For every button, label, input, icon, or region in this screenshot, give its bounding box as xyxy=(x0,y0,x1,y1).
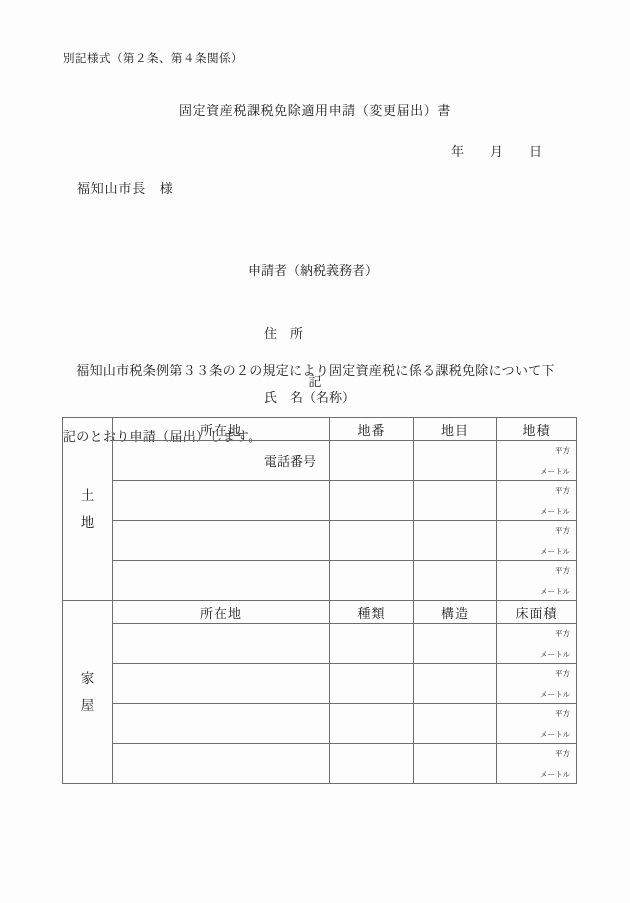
land-location-cell xyxy=(113,521,330,561)
building-data-row: 平方 メートル xyxy=(63,744,577,784)
land-location-cell xyxy=(113,441,330,481)
land-area-cell: 平方 メートル xyxy=(497,441,577,481)
building-data-row: 平方 メートル xyxy=(63,624,577,664)
land-category-cell xyxy=(414,441,497,481)
addressee-line: 福知山市長 様 xyxy=(77,178,174,197)
land-lot-number-cell xyxy=(330,441,414,481)
building-header-row: 家屋 所在地 種類 構造 床面積 xyxy=(63,601,577,624)
area-unit-bottom: メートル xyxy=(540,508,570,516)
building-section-label: 家屋 xyxy=(81,665,95,719)
land-section-label: 土地 xyxy=(81,482,95,536)
land-location-cell xyxy=(113,481,330,521)
area-unit-bottom: メートル xyxy=(540,651,570,659)
building-structure-cell xyxy=(414,624,497,664)
building-kind-cell xyxy=(330,664,414,704)
building-col-header-kind: 種類 xyxy=(330,601,414,624)
building-data-row: 平方 メートル xyxy=(63,704,577,744)
building-structure-cell xyxy=(414,744,497,784)
building-kind-cell xyxy=(330,624,414,664)
building-kind-cell xyxy=(330,744,414,784)
land-category-cell xyxy=(414,561,497,601)
document-title: 固定資産税課税免除適用申請（変更届出）書 xyxy=(0,100,630,119)
building-structure-cell xyxy=(414,704,497,744)
area-unit-top: 平方 xyxy=(555,710,570,718)
area-unit-top: 平方 xyxy=(555,447,570,455)
building-location-cell xyxy=(113,704,330,744)
area-unit-bottom: メートル xyxy=(540,588,570,596)
land-data-row: 平方 メートル xyxy=(63,521,577,561)
building-kind-cell xyxy=(330,704,414,744)
land-area-cell: 平方 メートル xyxy=(497,481,577,521)
land-data-row: 平方 メートル xyxy=(63,441,577,481)
form-page: 別記様式（第２条、第４条関係） 固定資産税課税免除適用申請（変更届出）書 年 月… xyxy=(0,0,630,903)
land-area-cell: 平方 メートル xyxy=(497,561,577,601)
area-unit-top: 平方 xyxy=(555,527,570,535)
building-location-cell xyxy=(113,664,330,704)
area-unit-bottom: メートル xyxy=(540,771,570,779)
record-heading: 記 xyxy=(0,371,630,390)
area-unit-bottom: メートル xyxy=(540,731,570,739)
building-floor-area-cell: 平方 メートル xyxy=(497,664,577,704)
building-col-header-structure: 構造 xyxy=(414,601,497,624)
form-style-note: 別記様式（第２条、第４条関係） xyxy=(63,50,243,66)
building-floor-area-cell: 平方 メートル xyxy=(497,704,577,744)
area-unit-top: 平方 xyxy=(555,487,570,495)
area-unit-top: 平方 xyxy=(555,630,570,638)
land-location-cell xyxy=(113,561,330,601)
applicant-heading: 申請者（納税義務者） xyxy=(248,260,378,281)
building-col-header-location: 所在地 xyxy=(113,601,330,624)
land-data-row: 平方 メートル xyxy=(63,481,577,521)
building-floor-area-cell: 平方 メートル xyxy=(497,744,577,784)
land-col-header-lot-number: 地番 xyxy=(330,418,414,441)
building-data-row: 平方 メートル xyxy=(63,664,577,704)
date-line: 年 月 日 xyxy=(451,141,542,160)
land-category-cell xyxy=(414,521,497,561)
land-header-row: 土地 所在地 地番 地目 地積 xyxy=(63,418,577,441)
land-col-header-location: 所在地 xyxy=(113,418,330,441)
building-col-header-floor-area: 床面積 xyxy=(497,601,577,624)
building-location-cell xyxy=(113,624,330,664)
land-lot-number-cell xyxy=(330,521,414,561)
building-location-cell xyxy=(113,744,330,784)
land-data-row: 平方 メートル xyxy=(63,561,577,601)
area-unit-top: 平方 xyxy=(555,670,570,678)
land-lot-number-cell xyxy=(330,561,414,601)
area-unit-bottom: メートル xyxy=(540,468,570,476)
building-section-label-cell: 家屋 xyxy=(63,601,113,784)
building-floor-area-cell: 平方 メートル xyxy=(497,624,577,664)
land-lot-number-cell xyxy=(330,481,414,521)
area-unit-bottom: メートル xyxy=(540,691,570,699)
land-area-cell: 平方 メートル xyxy=(497,521,577,561)
area-unit-top: 平方 xyxy=(555,750,570,758)
land-col-header-land-category: 地目 xyxy=(414,418,497,441)
area-unit-top: 平方 xyxy=(555,567,570,575)
building-structure-cell xyxy=(414,664,497,704)
asset-table: 土地 所在地 地番 地目 地積 平方 メートル xyxy=(62,417,577,784)
area-unit-bottom: メートル xyxy=(540,548,570,556)
land-section-label-cell: 土地 xyxy=(63,418,113,601)
land-col-header-land-area: 地積 xyxy=(497,418,577,441)
land-category-cell xyxy=(414,481,497,521)
